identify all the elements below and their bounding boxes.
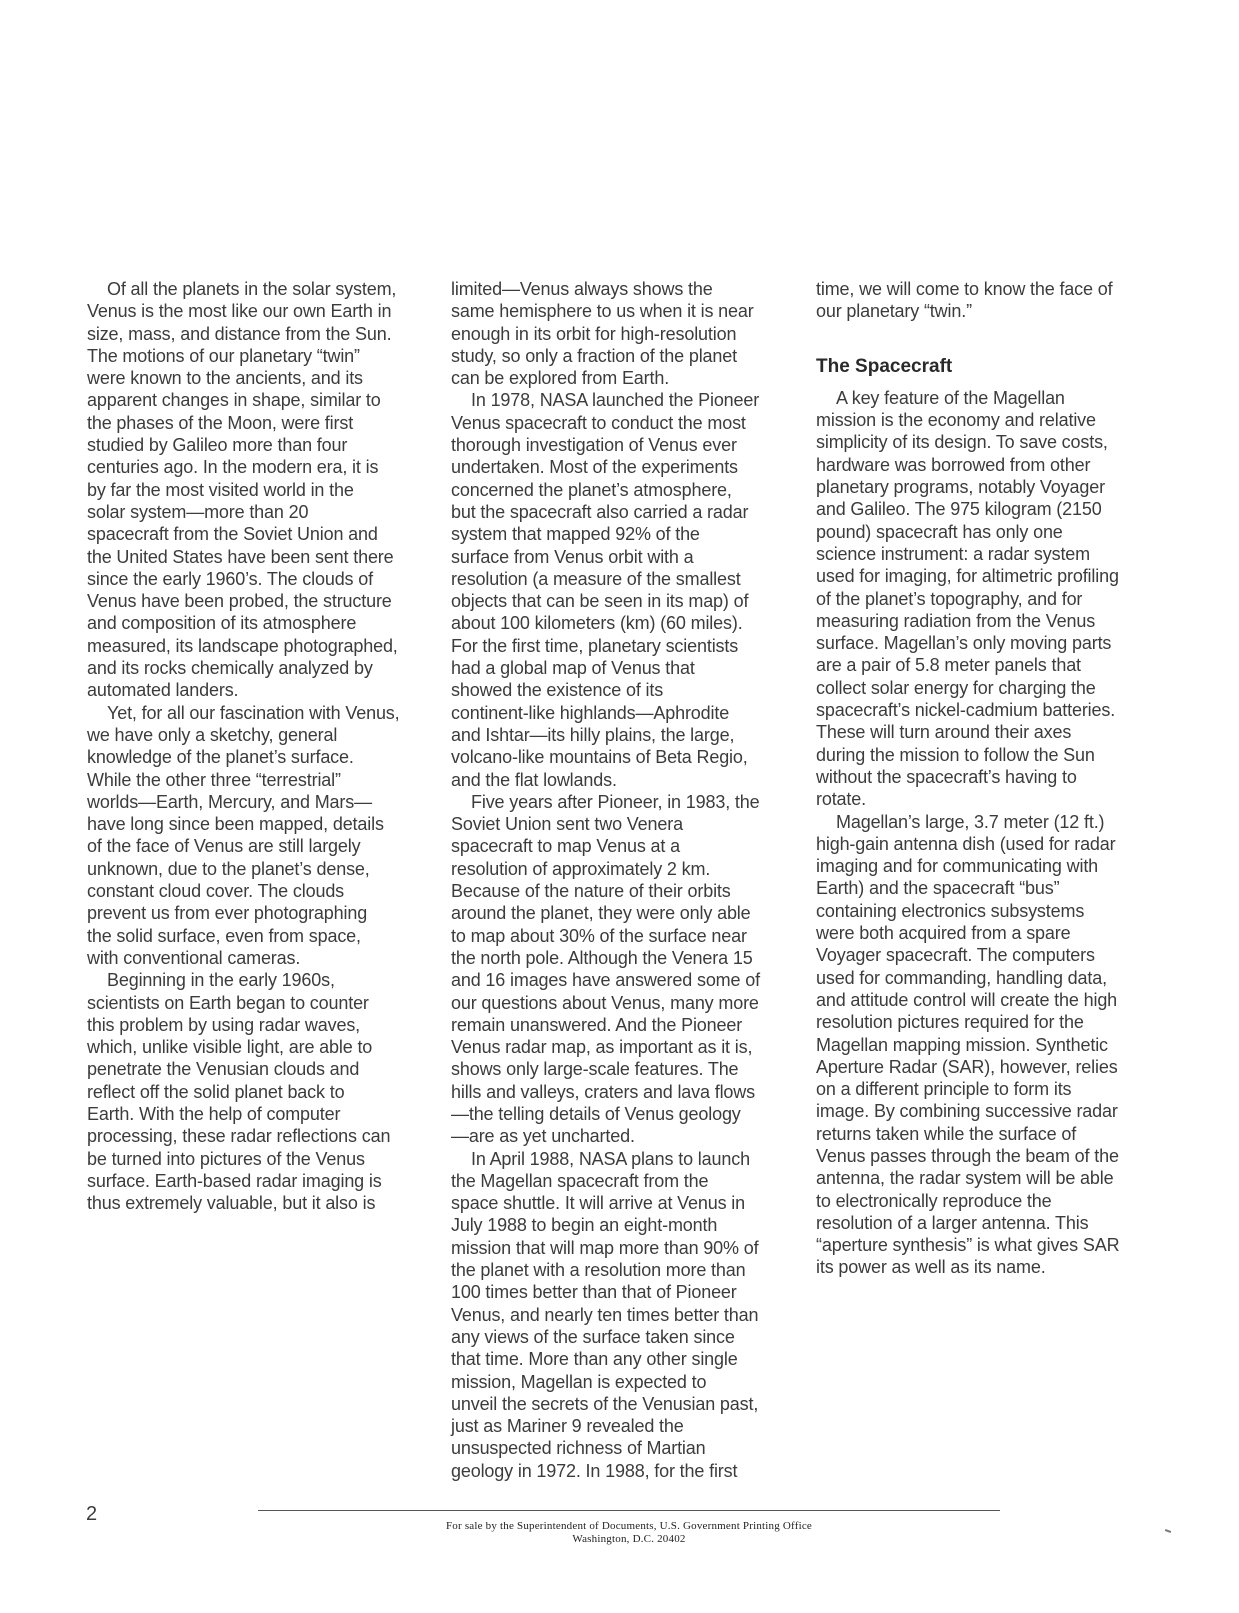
text-line: measuring radiation from the Venus	[816, 610, 1176, 632]
text-line: shows only large-scale features. The	[451, 1058, 811, 1080]
text-line: surface from Venus orbit with a	[451, 546, 811, 568]
text-line: unveil the secrets of the Venusian past,	[451, 1393, 811, 1415]
text-line: but the spacecraft also carried a radar	[451, 501, 811, 523]
text-line: planetary programs, notably Voyager	[816, 476, 1176, 498]
section-heading-spacecraft: The Spacecraft	[816, 355, 1176, 379]
text-line: since the early 1960’s. The clouds of	[87, 568, 447, 590]
text-line: its power as well as its name.	[816, 1256, 1176, 1278]
text-line: Venus spacecraft to conduct the most	[451, 412, 811, 434]
text-line: reflect off the solid planet back to	[87, 1081, 447, 1103]
text-line: mission that will map more than 90% of	[451, 1237, 811, 1259]
footer-line-2: Washington, D.C. 20402	[258, 1533, 1000, 1546]
text-line: Venus is the most like our own Earth in	[87, 300, 447, 322]
text-line: we have only a sketchy, general	[87, 724, 447, 746]
text-line: continent-like highlands—Aphrodite	[451, 702, 811, 724]
text-line: objects that can be seen in its map) of	[451, 590, 811, 612]
text-line: spacecraft to map Venus at a	[451, 835, 811, 857]
text-line: Magellan mapping mission. Synthetic	[816, 1034, 1176, 1056]
text-line: prevent us from ever photographing	[87, 902, 447, 924]
text-line: surface. Earth-based radar imaging is	[87, 1170, 447, 1192]
text-line: time, we will come to know the face of	[816, 278, 1176, 300]
text-line: our planetary “twin.”	[816, 300, 1176, 322]
text-line: the phases of the Moon, were first	[87, 412, 447, 434]
text-line: In 1978, NASA launched the Pioneer	[451, 389, 811, 411]
text-line: In April 1988, NASA plans to launch	[451, 1148, 811, 1170]
text-line: and composition of its atmosphere	[87, 612, 447, 634]
text-line: of the face of Venus are still largely	[87, 835, 447, 857]
text-line: same hemisphere to us when it is near	[451, 300, 811, 322]
text-line: study, so only a fraction of the planet	[451, 345, 811, 367]
text-line: around the planet, they were only able	[451, 902, 811, 924]
text-line: Earth. With the help of computer	[87, 1103, 447, 1125]
text-line: Beginning in the early 1960s,	[87, 969, 447, 991]
text-line: unknown, due to the planet’s dense,	[87, 858, 447, 880]
text-line: penetrate the Venusian clouds and	[87, 1058, 447, 1080]
text-line: the Magellan spacecraft from the	[451, 1170, 811, 1192]
text-line: Venus have been probed, the structure	[87, 590, 447, 612]
text-line: apparent changes in shape, similar to	[87, 389, 447, 411]
text-line: While the other three “terrestrial”	[87, 769, 447, 791]
text-line: centuries ago. In the modern era, it is	[87, 456, 447, 478]
text-line: surface. Magellan’s only moving parts	[816, 632, 1176, 654]
text-line: mission is the economy and relative	[816, 409, 1176, 431]
document-page: Of all the planets in the solar system,V…	[0, 0, 1239, 1613]
text-line: image. By combining successive radar	[816, 1100, 1176, 1122]
text-line: Venus radar map, as important as it is,	[451, 1036, 811, 1058]
text-line: collect solar energy for charging the	[816, 677, 1176, 699]
text-line: have long since been mapped, details	[87, 813, 447, 835]
text-line: with conventional cameras.	[87, 947, 447, 969]
text-line: concerned the planet’s atmosphere,	[451, 479, 811, 501]
text-line: Venus passes through the beam of the	[816, 1145, 1176, 1167]
text-line: and 16 images have answered some of	[451, 969, 811, 991]
text-line: to electronically reproduce the	[816, 1190, 1176, 1212]
text-line: studied by Galileo more than four	[87, 434, 447, 456]
text-line: can be explored from Earth.	[451, 367, 811, 389]
text-line: 100 times better than that of Pioneer	[451, 1281, 811, 1303]
text-line: containing electronics subsystems	[816, 900, 1176, 922]
text-line: constant cloud cover. The clouds	[87, 880, 447, 902]
text-line: were known to the ancients, and its	[87, 367, 447, 389]
text-line: showed the existence of its	[451, 679, 811, 701]
text-line: Magellan’s large, 3.7 meter (12 ft.)	[816, 811, 1176, 833]
text-line: were both acquired from a spare	[816, 922, 1176, 944]
text-line: that time. More than any other single	[451, 1348, 811, 1370]
text-line: worlds—Earth, Mercury, and Mars—	[87, 791, 447, 813]
text-column-2: limited—Venus always shows thesame hemis…	[451, 278, 811, 1482]
text-line: These will turn around their axes	[816, 721, 1176, 743]
text-line: on a different principle to form its	[816, 1078, 1176, 1100]
text-line: —are as yet uncharted.	[451, 1125, 811, 1147]
text-line: resolution pictures required for the	[816, 1011, 1176, 1033]
text-line: The motions of our planetary “twin”	[87, 345, 447, 367]
text-line: Five years after Pioneer, in 1983, the	[451, 791, 811, 813]
scan-artifact	[1165, 1529, 1171, 1533]
text-line: our questions about Venus, many more	[451, 992, 811, 1014]
text-line: resolution of approximately 2 km.	[451, 858, 811, 880]
text-line: spacecraft’s nickel-cadmium batteries.	[816, 699, 1176, 721]
text-column-3: time, we will come to know the face ofou…	[816, 278, 1176, 1279]
text-line: Yet, for all our fascination with Venus,	[87, 702, 447, 724]
text-line: automated landers.	[87, 679, 447, 701]
text-line: processing, these radar reflections can	[87, 1125, 447, 1147]
text-line: to map about 30% of the surface near	[451, 925, 811, 947]
text-line: and Galileo. The 975 kilogram (2150	[816, 498, 1176, 520]
text-line: geology in 1972. In 1988, for the first	[451, 1460, 811, 1482]
text-line: system that mapped 92% of the	[451, 523, 811, 545]
text-line: are a pair of 5.8 meter panels that	[816, 654, 1176, 676]
footer-divider	[258, 1510, 1000, 1511]
text-line: the United States have been sent there	[87, 546, 447, 568]
text-line: space shuttle. It will arrive at Venus i…	[451, 1192, 811, 1214]
text-line: mission, Magellan is expected to	[451, 1371, 811, 1393]
text-line: A key feature of the Magellan	[816, 387, 1176, 409]
text-line: returns taken while the surface of	[816, 1123, 1176, 1145]
text-line: knowledge of the planet’s surface.	[87, 746, 447, 768]
text-line: Of all the planets in the solar system,	[87, 278, 447, 300]
text-line: remain unanswered. And the Pioneer	[451, 1014, 811, 1036]
text-line: any views of the surface taken since	[451, 1326, 811, 1348]
text-line: resolution of a larger antenna. This	[816, 1212, 1176, 1234]
text-line: and the flat lowlands.	[451, 769, 811, 791]
text-line: without the spacecraft’s having to	[816, 766, 1176, 788]
text-line: Voyager spacecraft. The computers	[816, 944, 1176, 966]
text-line: Because of the nature of their orbits	[451, 880, 811, 902]
text-line: simplicity of its design. To save costs,	[816, 431, 1176, 453]
text-line: —the telling details of Venus geology	[451, 1103, 811, 1125]
text-line: the north pole. Although the Venera 15	[451, 947, 811, 969]
text-line: had a global map of Venus that	[451, 657, 811, 679]
text-line: and attitude control will create the hig…	[816, 989, 1176, 1011]
text-line: volcano-like mountains of Beta Regio,	[451, 746, 811, 768]
text-line: resolution (a measure of the smallest	[451, 568, 811, 590]
text-line: imaging and for communicating with	[816, 855, 1176, 877]
text-line: pound) spacecraft has only one	[816, 521, 1176, 543]
text-line: by far the most visited world in the	[87, 479, 447, 501]
text-line: just as Mariner 9 revealed the	[451, 1415, 811, 1437]
text-line: rotate.	[816, 788, 1176, 810]
text-line: unsuspected richness of Martian	[451, 1437, 811, 1459]
text-line: the solid surface, even from space,	[87, 925, 447, 947]
text-line: about 100 kilometers (km) (60 miles).	[451, 612, 811, 634]
spacer	[816, 323, 1176, 345]
text-line: undertaken. Most of the experiments	[451, 456, 811, 478]
footer-line-1: For sale by the Superintendent of Docume…	[258, 1520, 1000, 1533]
footer-imprint: For sale by the Superintendent of Docume…	[258, 1520, 1000, 1546]
text-line: high-gain antenna dish (used for radar	[816, 833, 1176, 855]
column-3-continuation: time, we will come to know the face ofou…	[816, 278, 1176, 323]
text-line: scientists on Earth began to counter	[87, 992, 447, 1014]
text-line: be turned into pictures of the Venus	[87, 1148, 447, 1170]
text-line: during the mission to follow the Sun	[816, 744, 1176, 766]
text-line: and its rocks chemically analyzed by	[87, 657, 447, 679]
text-line: spacecraft from the Soviet Union and	[87, 523, 447, 545]
text-line: used for commanding, handling data,	[816, 967, 1176, 989]
column-3-body: A key feature of the Magellanmission is …	[816, 387, 1176, 1279]
text-line: limited—Venus always shows the	[451, 278, 811, 300]
text-line: solar system—more than 20	[87, 501, 447, 523]
text-line: size, mass, and distance from the Sun.	[87, 323, 447, 345]
text-line: of the planet’s topography, and for	[816, 588, 1176, 610]
text-line: measured, its landscape photographed,	[87, 635, 447, 657]
text-line: Aperture Radar (SAR), however, relies	[816, 1056, 1176, 1078]
text-line: Earth) and the spacecraft “bus”	[816, 877, 1176, 899]
text-line: enough in its orbit for high-resolution	[451, 323, 811, 345]
text-line: Soviet Union sent two Venera	[451, 813, 811, 835]
text-line: For the first time, planetary scientists	[451, 635, 811, 657]
text-line: science instrument: a radar system	[816, 543, 1176, 565]
text-line: July 1988 to begin an eight-month	[451, 1214, 811, 1236]
text-line: hills and valleys, craters and lava flow…	[451, 1081, 811, 1103]
text-line: which, unlike visible light, are able to	[87, 1036, 447, 1058]
text-line: hardware was borrowed from other	[816, 454, 1176, 476]
text-line: “aperture synthesis” is what gives SAR	[816, 1234, 1176, 1256]
text-column-1: Of all the planets in the solar system,V…	[87, 278, 447, 1214]
text-line: Venus, and nearly ten times better than	[451, 1304, 811, 1326]
page-number: 2	[86, 1503, 97, 1526]
text-line: thorough investigation of Venus ever	[451, 434, 811, 456]
text-line: the planet with a resolution more than	[451, 1259, 811, 1281]
text-line: and Ishtar—its hilly plains, the large,	[451, 724, 811, 746]
text-line: this problem by using radar waves,	[87, 1014, 447, 1036]
text-line: thus extremely valuable, but it also is	[87, 1192, 447, 1214]
text-line: used for imaging, for altimetric profili…	[816, 565, 1176, 587]
text-line: antenna, the radar system will be able	[816, 1167, 1176, 1189]
